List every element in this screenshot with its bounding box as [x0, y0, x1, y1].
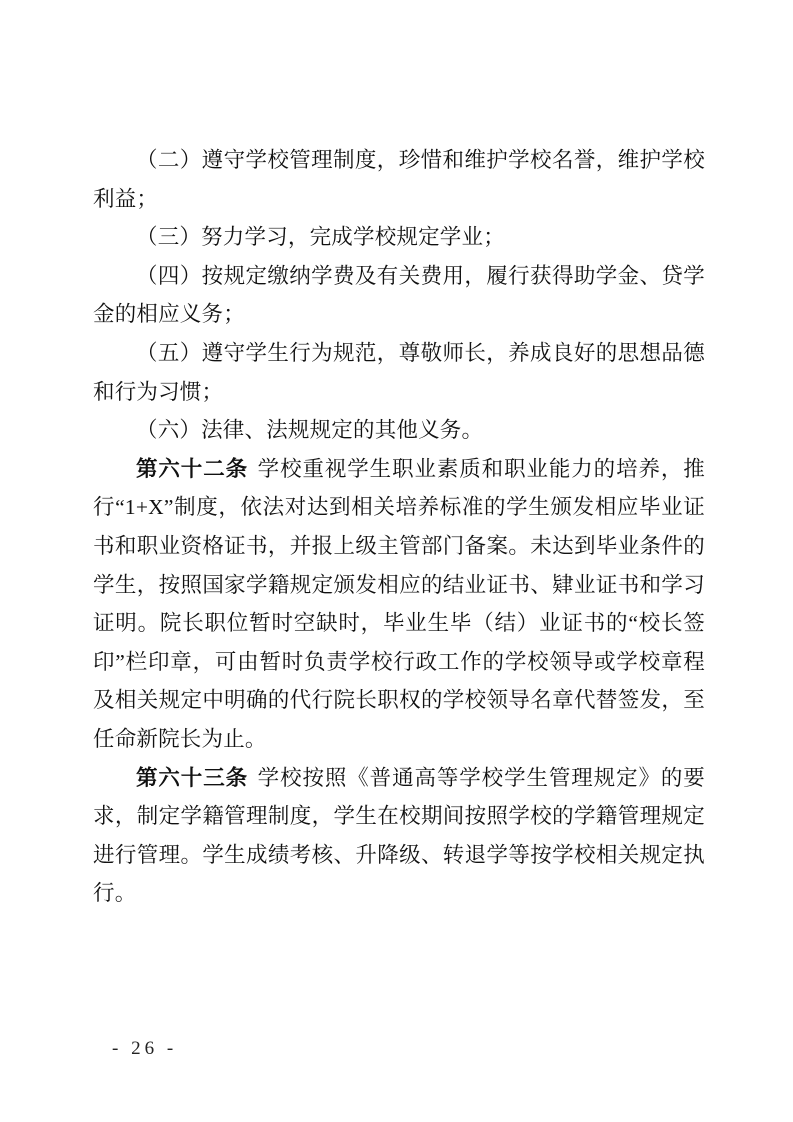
- list-item-paragraph: （四）按规定缴纳学费及有关费用，履行获得助学金、贷学金的相应义务；: [93, 257, 705, 334]
- document-body: （二）遵守学校管理制度，珍惜和维护学校名誉，维护学校利益；（三）努力学习，完成学…: [93, 141, 705, 913]
- list-item-paragraph: （六）法律、法规规定的其他义务。: [93, 411, 705, 450]
- article-paragraph: 第六十二条学校重视学生职业素质和职业能力的培养，推行“1+X”制度，依法对达到相…: [93, 450, 705, 759]
- document-page: （二）遵守学校管理制度，珍惜和维护学校名誉，维护学校利益；（三）努力学习，完成学…: [0, 0, 793, 1122]
- list-item-paragraph: （五）遵守学生行为规范，尊敬师长，养成良好的思想品德和行为习惯；: [93, 334, 705, 411]
- list-item-paragraph: （三）努力学习，完成学校规定学业；: [93, 218, 705, 257]
- article-number-label: 第六十三条: [136, 766, 248, 790]
- page-number: - 26 -: [112, 1038, 177, 1060]
- list-item-paragraph: （二）遵守学校管理制度，珍惜和维护学校名誉，维护学校利益；: [93, 141, 705, 218]
- article-number-label: 第六十二条: [136, 457, 248, 481]
- article-paragraph: 第六十三条学校按照《普通高等学校学生管理规定》的要求，制定学籍管理制度，学生在校…: [93, 759, 705, 913]
